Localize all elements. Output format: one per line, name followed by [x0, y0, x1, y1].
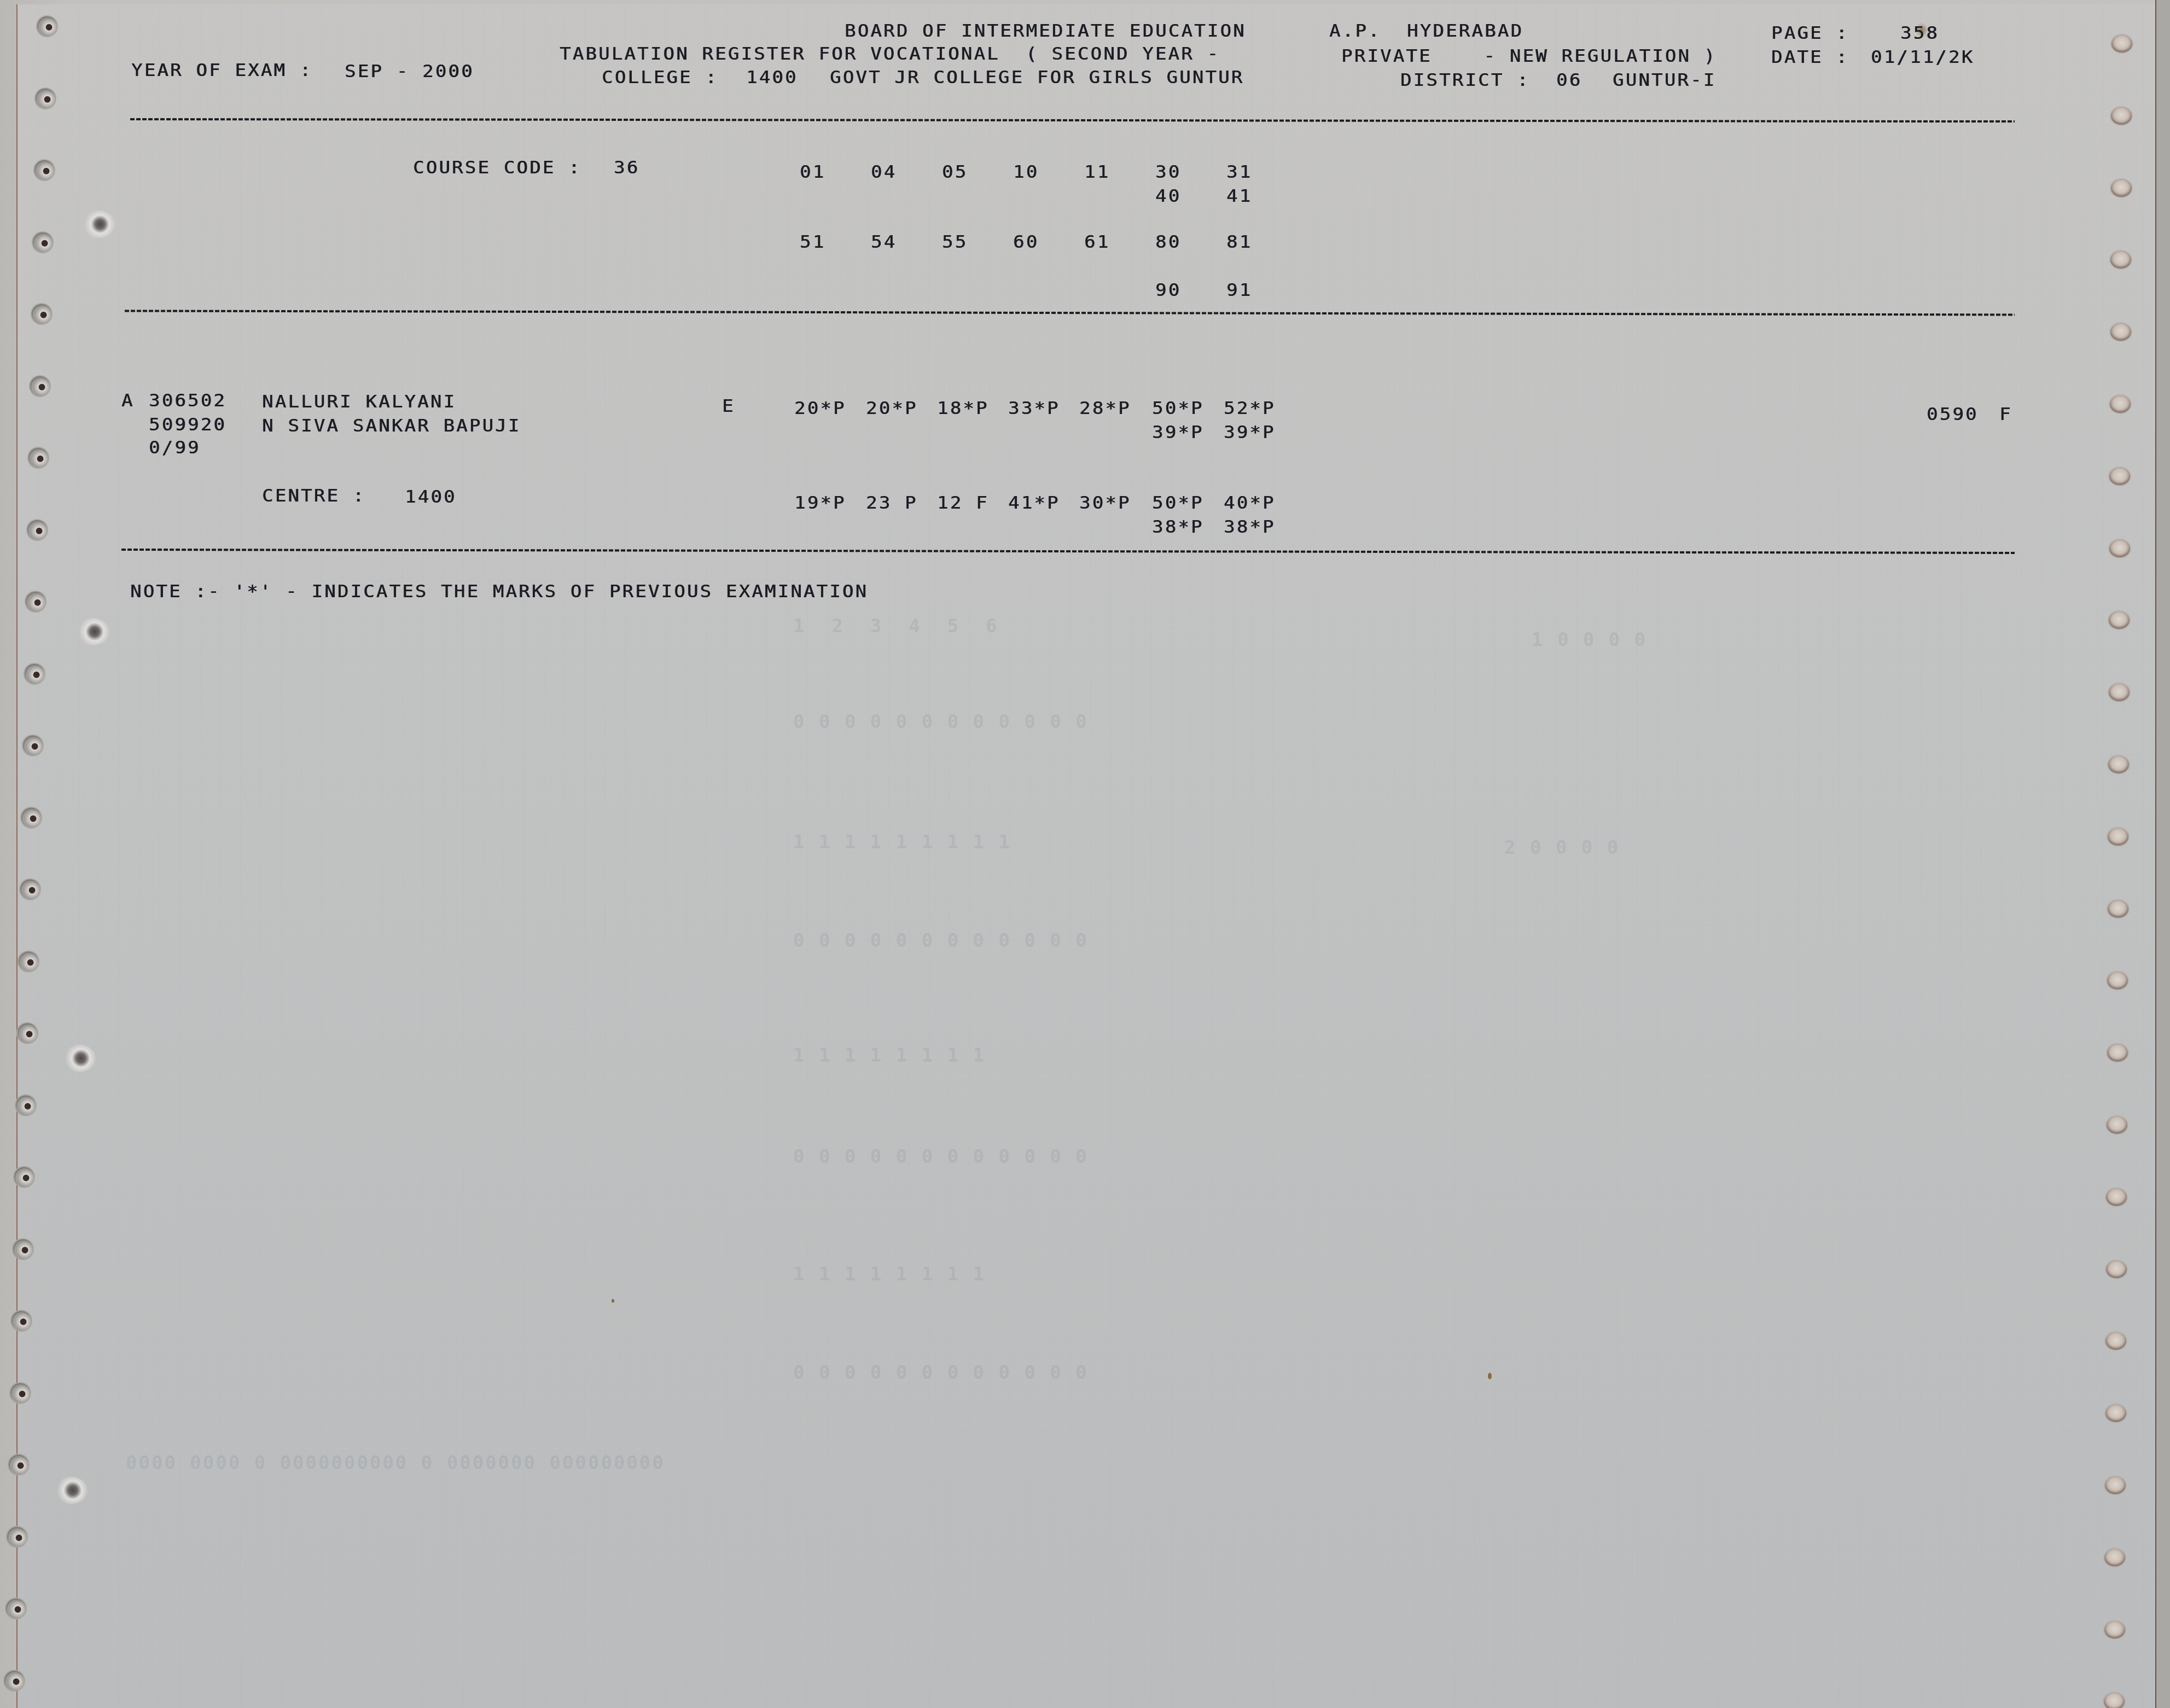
father-name: N SIVA SANKAR BAPUJI [262, 417, 521, 434]
sprocket-hole-icon [30, 376, 50, 396]
ghost-text: 0000 0000 0 0000000000 0 0000000 0000000… [126, 1452, 665, 1474]
previous-reference: 0/99 [149, 439, 201, 456]
paper-tear-mark [63, 1045, 96, 1072]
subject-code: 90 [1155, 282, 1181, 299]
sprocket-hole-icon [2110, 323, 2131, 341]
year-of-exam-label: YEAR OF EXAM : [131, 62, 312, 79]
sprocket-hole-icon [23, 736, 43, 755]
sprocket-hole-icon [32, 304, 51, 324]
ghost-text: 0 0 0 0 0 0 0 0 0 0 0 0 [793, 930, 1089, 952]
subject-code: 40 [1155, 188, 1181, 205]
ghost-text: 1 0 0 0 0 [1532, 629, 1647, 651]
subject-mark: 23 P [866, 494, 918, 511]
hall-ticket-number: 306502 [149, 392, 226, 409]
district-name: GUNTUR-I [1613, 72, 1716, 89]
subject-code: 60 [1013, 234, 1039, 250]
subject-mark: 50*P [1152, 494, 1204, 511]
sprocket-hole-icon [2106, 1188, 2127, 1206]
sprocket-hole-icon [7, 1527, 27, 1547]
date-value: 01/11/2K [1871, 49, 1974, 66]
subject-mark: 52*P [1224, 400, 1276, 417]
district-code: 06 [1556, 72, 1582, 89]
sprocket-hole-icon [2104, 1549, 2125, 1566]
student-name: NALLURI KALYANI [262, 393, 456, 410]
sprocket-hole-icon [26, 592, 45, 611]
subject-code: 05 [942, 164, 968, 180]
subject-mark: 41*P [1008, 494, 1060, 511]
subject-code: 54 [871, 234, 897, 250]
sprocket-hole-icon [18, 1023, 37, 1043]
subject-mark: 28*P [1079, 400, 1131, 417]
sprocket-hole-icon [6, 1599, 26, 1618]
subject-mark: 20*P [866, 400, 918, 417]
sprocket-hole-icon [37, 16, 57, 36]
sprocket-hole-icon [2104, 1693, 2125, 1708]
sprocket-hole-icon [2105, 1404, 2126, 1422]
ghost-text: 1 2 3 4 5 6 [793, 615, 999, 637]
ghost-text: 0 0 0 0 0 0 0 0 0 0 0 0 [793, 1146, 1089, 1168]
sprocket-hole-icon [19, 952, 38, 971]
subject-mark: 33*P [1008, 400, 1060, 417]
ghost-text: 1 1 1 1 1 1 1 1 [793, 1045, 986, 1066]
paper-tear-mark [55, 1477, 88, 1504]
total-marks: 0590 [1927, 406, 1979, 423]
subject-code: 80 [1155, 234, 1181, 250]
medium: E [722, 398, 735, 415]
sprocket-hole-icon [11, 1311, 31, 1331]
register-type: PRIVATE - NEW REGULATION ) [1341, 48, 1717, 65]
sprocket-hole-icon [33, 232, 53, 252]
paper-speck [612, 1299, 614, 1303]
centre-label: CENTRE : [262, 487, 365, 504]
result-status: F [1999, 406, 2012, 423]
subject-code: 11 [1084, 164, 1110, 180]
sprocket-hole-icon [25, 664, 44, 684]
subject-code: 61 [1084, 234, 1110, 250]
register-title: TABULATION REGISTER FOR VOCATIONAL ( SEC… [560, 45, 1220, 62]
subject-mark: 38*P [1224, 518, 1276, 535]
note-text: NOTE :- '*' - INDICATES THE MARKS OF PRE… [130, 583, 868, 600]
sprocket-hole-icon [2107, 1116, 2127, 1134]
subject-mark: 30*P [1079, 494, 1131, 511]
ghost-text: 1 1 1 1 1 1 1 1 1 [793, 831, 1011, 853]
subject-code: 30 [1155, 164, 1181, 180]
subject-code: 81 [1226, 234, 1252, 250]
paper-tear-mark [82, 211, 115, 238]
ghost-text: 2 0 0 0 0 [1504, 837, 1620, 859]
subject-code: 91 [1226, 282, 1252, 299]
paper-speck [1488, 1373, 1492, 1379]
subject-code: 04 [871, 164, 897, 180]
sprocket-hole-icon [2108, 756, 2129, 773]
sprocket-hole-icon [9, 1455, 28, 1474]
board-title: BOARD OF INTERMEDIATE EDUCATION [845, 22, 1246, 39]
sprocket-hole-icon [2111, 107, 2132, 125]
student-prefix: A [121, 392, 135, 409]
course-code-label: COURSE CODE : [413, 159, 581, 176]
sprocket-hole-icon [2109, 540, 2130, 557]
sprocket-hole-icon [20, 879, 40, 899]
subject-mark: 18*P [937, 400, 989, 417]
college-label: COLLEGE : [602, 69, 718, 86]
ghost-text: 0 0 0 0 0 0 0 0 0 0 0 0 [793, 711, 1089, 733]
subject-mark: 38*P [1152, 518, 1204, 535]
subject-code: 01 [800, 164, 825, 180]
sprocket-hole-icon [2105, 1477, 2126, 1494]
sprocket-hole-icon [2106, 1261, 2127, 1278]
sprocket-hole-icon [4, 1671, 24, 1690]
year-of-exam-value: SEP - 2000 [345, 63, 474, 80]
district-label: DISTRICT : [1400, 72, 1530, 89]
page-number: 358 [1900, 25, 1939, 42]
subject-code: 55 [942, 234, 968, 250]
sprocket-hole-icon [2109, 684, 2130, 701]
board-location: A.P. HYDERABAD [1329, 22, 1523, 39]
subject-code: 10 [1013, 164, 1039, 180]
date-label: DATE : [1771, 49, 1849, 66]
sprocket-hole-icon [2107, 1044, 2128, 1062]
subject-mark: 20*P [794, 400, 846, 417]
ghost-text: 0 0 0 0 0 0 0 0 0 0 0 0 [793, 1362, 1089, 1384]
college-code: 1400 [746, 69, 798, 86]
subject-code: 31 [1226, 164, 1252, 180]
subject-mark: 19*P [794, 494, 846, 511]
sprocket-hole-icon [2111, 35, 2132, 53]
sprocket-hole-icon [10, 1383, 30, 1403]
paper-tear-mark [77, 618, 109, 645]
sprocket-hole-icon [2108, 900, 2128, 918]
subject-mark: 39*P [1152, 424, 1204, 441]
sprocket-hole-icon [36, 89, 55, 108]
sprocket-hole-icon [13, 1239, 33, 1259]
sprocket-hole-icon [16, 1095, 36, 1115]
subject-code: 41 [1226, 188, 1252, 205]
sprocket-hole-icon [34, 160, 54, 180]
registration-number: 509920 [149, 416, 226, 433]
sprocket-hole-icon [27, 520, 47, 540]
ghost-text: 1 1 1 1 1 1 1 1 [793, 1263, 986, 1285]
centre-code: 1400 [405, 488, 457, 505]
subject-mark: 50*P [1152, 400, 1204, 417]
subject-mark: 12 F [937, 494, 989, 511]
subject-mark: 39*P [1224, 424, 1276, 441]
sprocket-hole-icon [2108, 828, 2128, 846]
subject-code: 51 [800, 234, 825, 250]
page-label: PAGE : [1771, 25, 1849, 42]
next-sheet-edge [2155, 0, 2170, 1708]
sprocket-hole-icon [21, 808, 41, 827]
college-name: GOVT JR COLLEGE FOR GIRLS GUNTUR [830, 69, 1244, 86]
course-code-value: 36 [614, 159, 639, 176]
sprocket-hole-icon [2111, 179, 2132, 197]
sprocket-hole-icon [2109, 468, 2130, 485]
sprocket-hole-icon [2104, 1621, 2125, 1639]
sprocket-hole-icon [2110, 395, 2131, 413]
subject-mark: 40*P [1224, 494, 1276, 511]
